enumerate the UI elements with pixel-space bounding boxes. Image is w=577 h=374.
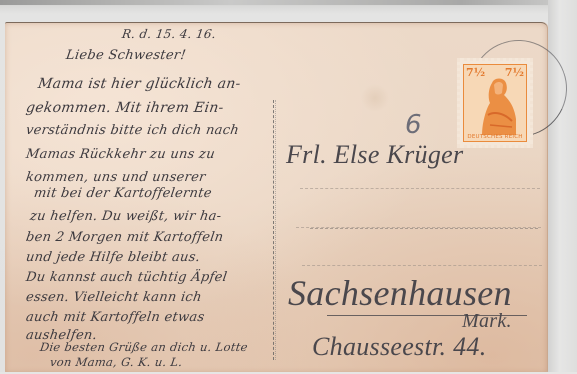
address-street: Chausseestr. 44. — [312, 332, 487, 362]
address-recipient: Frl. Else Krüger — [286, 140, 463, 170]
message-line: Du kannst auch tüchtig Äpfel — [25, 270, 228, 285]
pencil-annotation: 6 — [405, 110, 422, 140]
message-line: mit bei der Kartoffelernte — [33, 186, 213, 201]
address-region: Mark. — [462, 310, 512, 333]
message-closing: Die besten Grüße an dich u. Lotte — [39, 340, 249, 354]
message-line: gekommen. Mit ihrem Ein- — [25, 100, 225, 116]
address-town: Sachsenhausen — [288, 272, 512, 314]
message-line: verständnis bitte ich dich nach — [25, 123, 240, 138]
stamp-frame: 7½ 7½ DEUTSCHES REICH — [463, 64, 527, 142]
message-line: ben 2 Morgen mit Kartoffeln — [25, 230, 224, 245]
message-line: kommen, uns und unserer — [25, 170, 207, 185]
message-line: und jede Hilfe bleibt aus. — [25, 250, 201, 265]
germania-portrait-icon — [478, 75, 518, 135]
message-line: zu helfen. Du weißt, wir ha- — [29, 209, 222, 224]
postage-stamp: 7½ 7½ DEUTSCHES REICH — [457, 58, 533, 148]
message-address-divider-shadow — [275, 100, 276, 360]
address-line-2 — [296, 227, 541, 228]
message-line: Mamas Rückkehr zu uns zu — [25, 147, 216, 162]
message-line: essen. Vielleicht kann ich — [25, 290, 203, 305]
message-line: auch mit Kartoffeln etwas — [25, 310, 206, 325]
message-salutation: Liebe Schwester! — [65, 48, 187, 63]
message-line: Mama ist hier glücklich an- — [37, 76, 242, 92]
address-line-0 — [300, 188, 540, 189]
sleeve-top-edge — [0, 0, 577, 5]
message-dateline: R. d. 15. 4. 16. — [121, 27, 217, 41]
message-signature: von Mama, G. K. u. L. — [49, 355, 183, 369]
stamp-inscription: DEUTSCHES REICH — [464, 134, 526, 140]
message-address-divider — [273, 100, 274, 360]
address-line-3 — [302, 265, 542, 266]
